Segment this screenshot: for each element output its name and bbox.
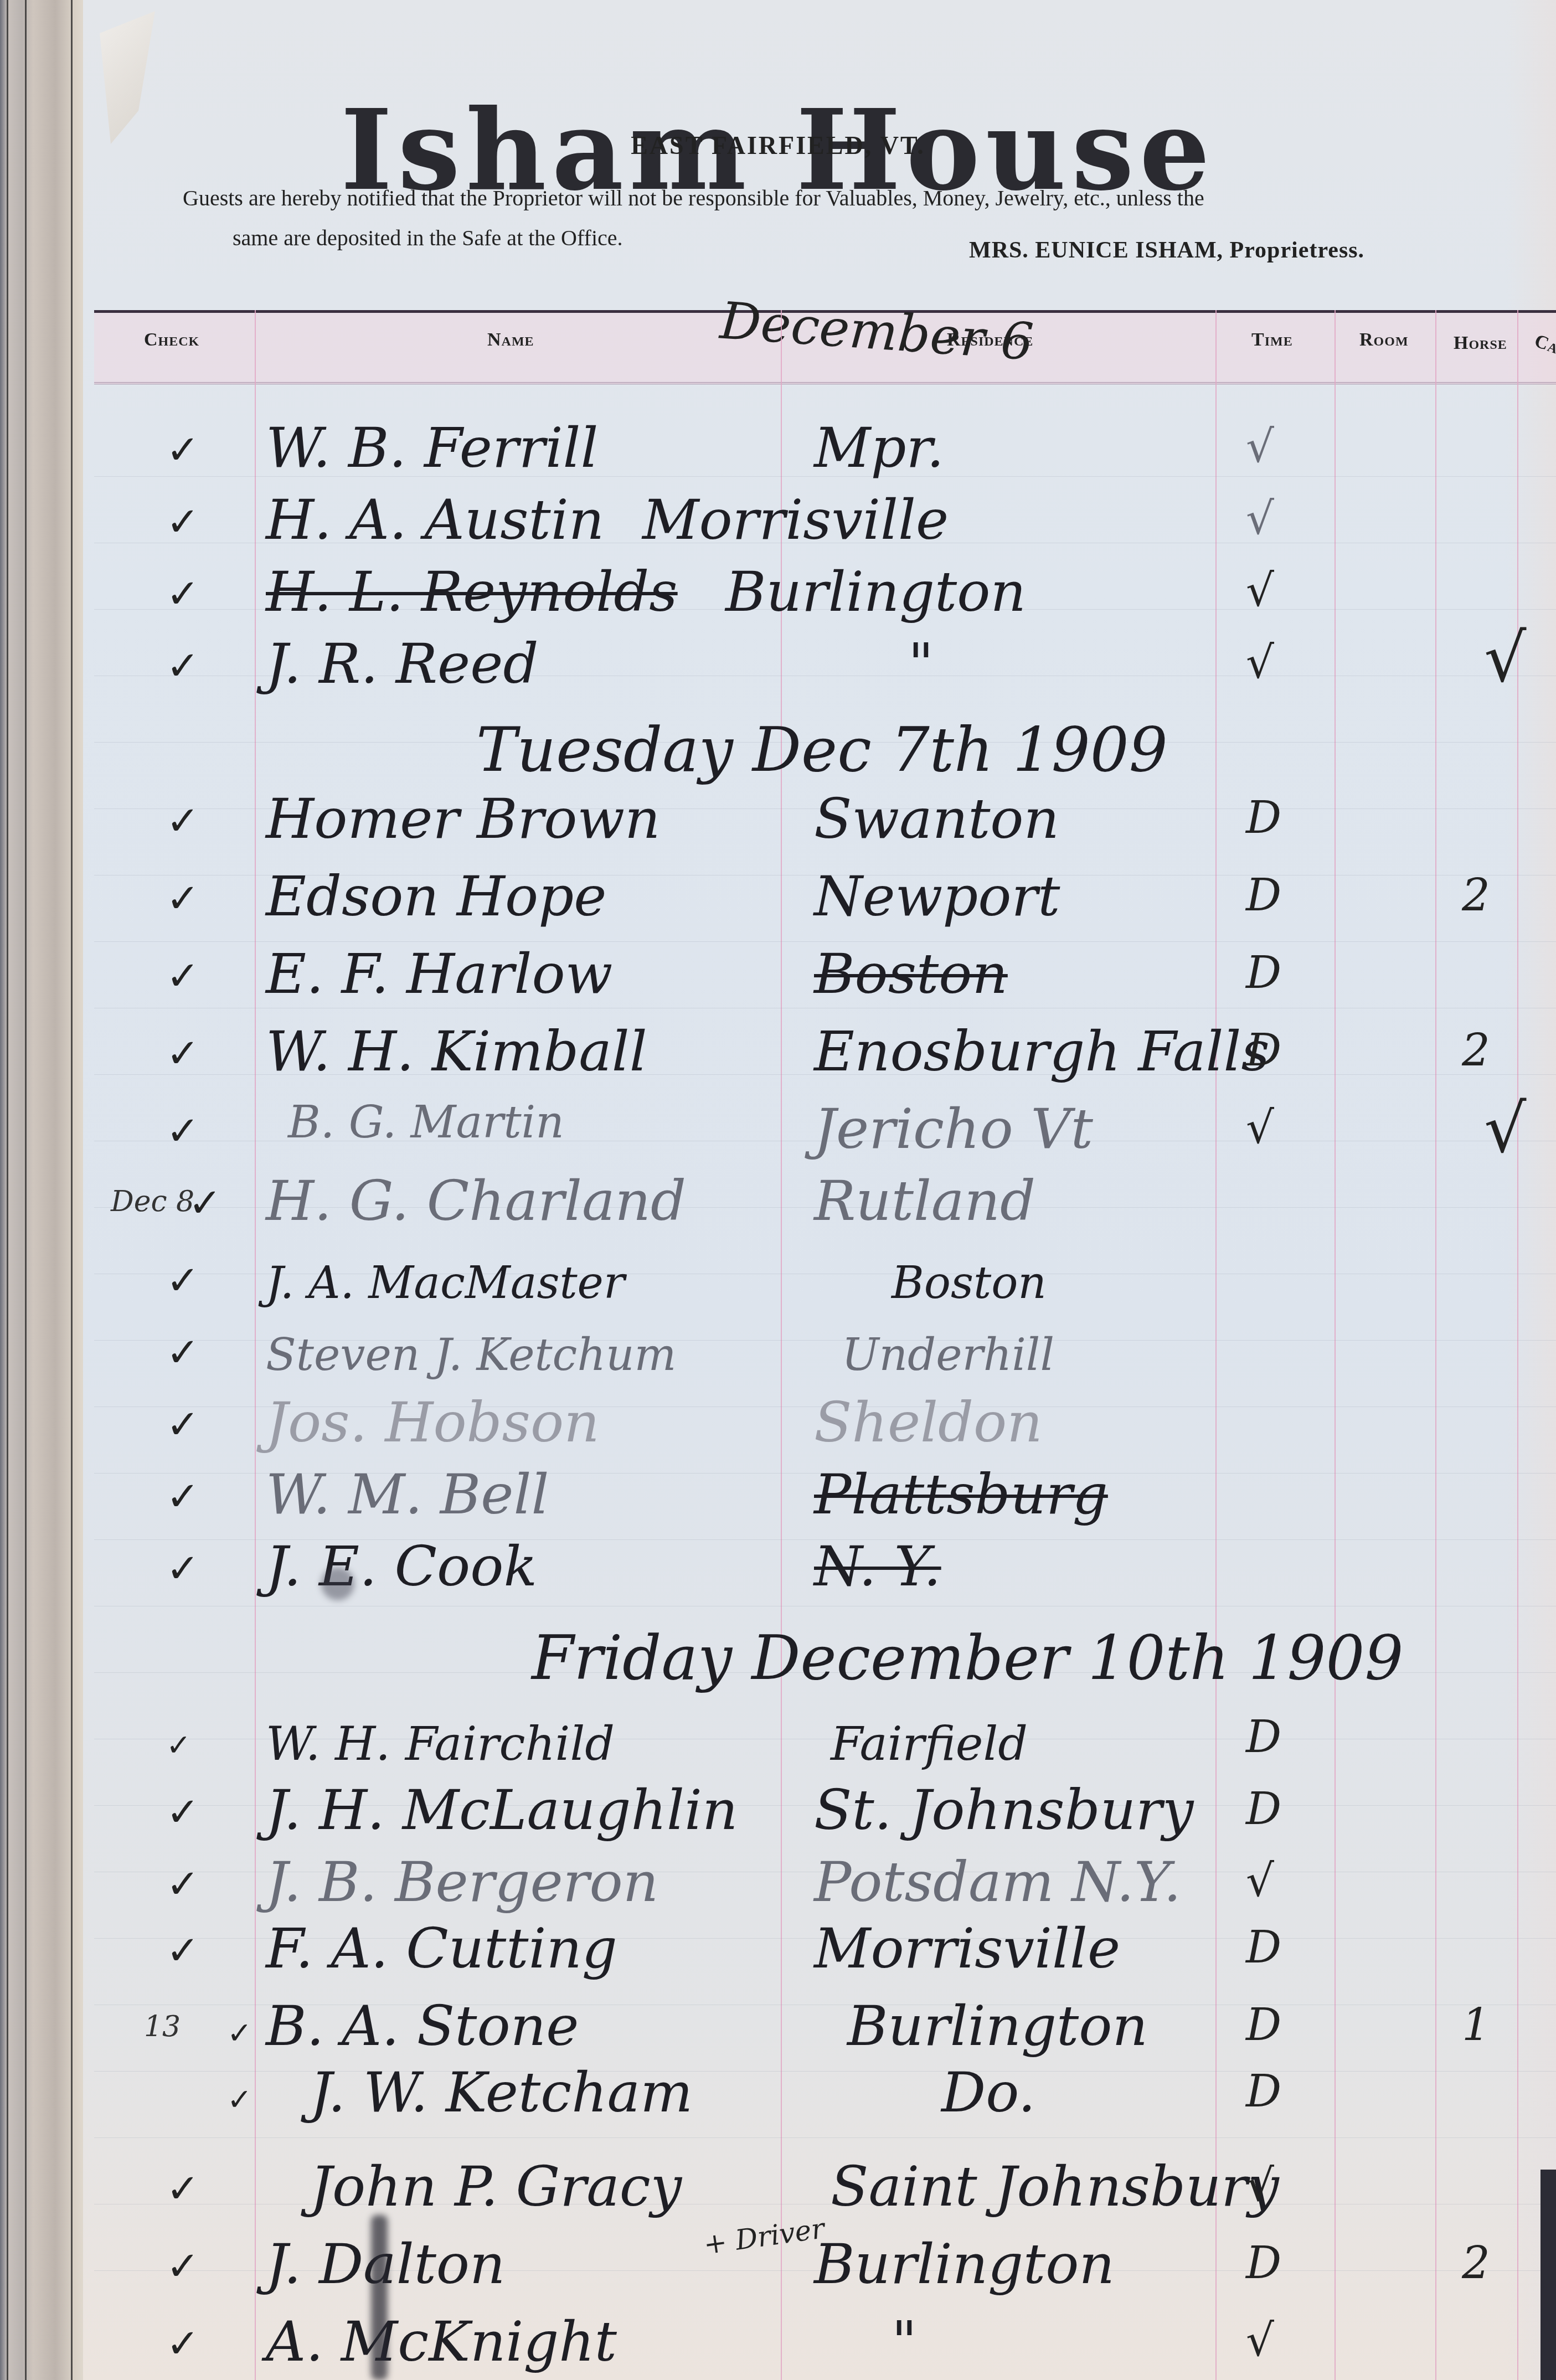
guest-residence: N. Y. <box>814 1534 941 1599</box>
check-mark: ✓ <box>188 1179 221 1226</box>
register-entry: ✓ W. H. Kimball Enosburgh Falls D 2 <box>0 1019 1556 1085</box>
check-mark: ✓ <box>227 2082 252 2117</box>
check-mark: ✓ <box>166 426 199 473</box>
register-entry: ✓ H. A. Austin Morrisville √ <box>0 487 1556 554</box>
register-entry: ✓ J. W. Ketcham Do. D <box>0 2060 1556 2126</box>
guest-name: W. M. Bell <box>266 1462 549 1527</box>
register-entry: ✓ Steven J. Ketchum Underhill <box>0 1318 1556 1384</box>
guest-residence: Morrisville <box>814 1916 1120 1981</box>
col-residence: Residence <box>947 329 1033 351</box>
check-mark: ✓ <box>166 1473 199 1519</box>
proprietress: MRS. EUNICE ISHAM, Proprietress. <box>969 237 1364 264</box>
check-mark: ✓ <box>166 1728 191 1763</box>
time-mark: D <box>1246 1711 1281 1763</box>
guest-residence: Boston <box>814 941 1008 1006</box>
guest-residence: Mpr. <box>814 415 944 480</box>
guest-residence: St. Johnsbury <box>814 1778 1193 1842</box>
check-mark: ✓ <box>166 1329 199 1376</box>
register-entry: ✓ Homer Brown Swanton D <box>0 786 1556 853</box>
guest-name: John P. Gracy <box>310 2154 682 2219</box>
day-heading: Friday December 10th 1909 <box>532 1622 1403 1693</box>
check-mark: ✓ <box>166 498 199 545</box>
col-call: Call <box>1532 331 1556 365</box>
guest-residence: Swanton <box>814 786 1059 851</box>
time-mark: D <box>1246 2237 1281 2289</box>
guest-name: H. A. Austin <box>266 487 604 552</box>
register-entry: ✓ John P. Gracy Saint Johnsbury √ <box>0 2154 1556 2221</box>
register-entry: ✓ E. F. Harlow Boston D <box>0 941 1556 1008</box>
check-mark: ✓ <box>166 1861 199 1907</box>
time-mark: √ <box>1246 2315 1274 2366</box>
register-entry: ✓ Edson Hope Newport D 2 <box>0 864 1556 930</box>
guest-name: Edson Hope <box>266 864 606 929</box>
time-mark: √ <box>1246 565 1274 616</box>
register-entry: ✓ W. M. Bell Plattsburg <box>0 1462 1556 1528</box>
check-mark: ✓ <box>166 875 199 921</box>
time-mark: √ <box>1246 493 1274 544</box>
guest-name: A. McKnight <box>266 2309 617 2374</box>
guest-residence: Burlington <box>847 1993 1148 2058</box>
call-mark: √ <box>1484 1091 1526 1168</box>
guest-residence: Rutland <box>814 1168 1035 1233</box>
guest-name: J. W. Ketcham <box>310 2060 693 2125</box>
register-entry: ✓ J. A. MacMaster Boston <box>0 1246 1556 1312</box>
check-mark: ✓ <box>166 1107 199 1154</box>
col-name: Name <box>487 329 534 351</box>
horse-count: 2 <box>1462 1024 1490 1076</box>
check-mark: ✓ <box>227 2016 252 2051</box>
time-mark: D <box>1246 1024 1281 1076</box>
call-mark: √ <box>1484 620 1526 697</box>
time-mark: D <box>1246 2065 1281 2117</box>
check-mark: ✓ <box>166 1257 199 1304</box>
guest-name: J. E. Cook <box>266 1534 537 1599</box>
check-mark: ✓ <box>166 2243 199 2289</box>
ink-streak <box>371 2215 388 2380</box>
horse-count: 2 <box>1462 2237 1490 2289</box>
margin-date-note: Dec 8 <box>111 1185 194 1218</box>
guest-residence: Burlington <box>725 559 1026 624</box>
guest-name: B. G. Martin <box>288 1096 564 1148</box>
guest-residence: Jericho Vt <box>814 1096 1093 1161</box>
check-mark: ✓ <box>166 952 199 999</box>
background-edge <box>1540 2170 1556 2380</box>
guest-name: Homer Brown <box>266 786 661 851</box>
guest-name: J. R. Reed <box>266 631 538 696</box>
horse-count: 2 <box>1462 869 1490 921</box>
guest-name: Steven J. Ketchum <box>266 1329 676 1380</box>
check-mark: ✓ <box>166 570 199 617</box>
guest-name: H. G. Charland <box>266 1168 686 1233</box>
guest-residence: Potsdam N.Y. <box>814 1850 1181 1914</box>
time-mark: D <box>1246 1921 1281 1973</box>
guest-residence: Burlington <box>814 2232 1115 2296</box>
guest-name: J. B. Bergeron <box>266 1850 658 1914</box>
check-mark: ✓ <box>166 1545 199 1591</box>
day-heading: Tuesday Dec 7th 1909 <box>476 714 1168 785</box>
time-mark: √ <box>1246 637 1274 688</box>
guest-residence: Do. <box>941 2060 1035 2125</box>
time-mark: √ <box>1246 1855 1274 1907</box>
guest-name: W. B. Ferrill <box>266 415 599 480</box>
guest-residence: Enosburgh Falls <box>814 1019 1270 1084</box>
check-mark: ✓ <box>166 1030 199 1076</box>
guest-name: E. F. Harlow <box>266 941 612 1006</box>
register-entry: ✓ J. H. McLaughlin St. Johnsbury D <box>0 1778 1556 1844</box>
register-entry: ✓ J. B. Bergeron Potsdam N.Y. √ <box>0 1850 1556 1916</box>
register-entry: ✓ Jos. Hobson Sheldon <box>0 1390 1556 1456</box>
register-entry: Dec 8 ✓ H. G. Charland Rutland <box>0 1168 1556 1235</box>
guest-residence: Morrisville <box>642 487 949 552</box>
guest-name: B. A. Stone <box>266 1993 579 2058</box>
register-entry: ✓ W. H. Fairchild Fairfield D <box>0 1706 1556 1772</box>
register-entry: ✓ W. B. Ferrill Mpr. √ <box>0 415 1556 482</box>
check-mark: ✓ <box>166 1789 199 1835</box>
col-time: Time <box>1251 329 1293 351</box>
guest-name: J. A. MacMaster <box>266 1257 625 1309</box>
time-mark: D <box>1246 792 1281 843</box>
ink-blot <box>321 1567 354 1600</box>
check-mark: ✓ <box>166 1927 199 1974</box>
guest-name: Jos. Hobson <box>266 1390 600 1455</box>
register-entry: ✓ J. E. Cook N. Y. <box>0 1534 1556 1600</box>
register-entry: ✓ J. Dalton + Driver Burlington D 2 <box>0 2232 1556 2298</box>
check-mark: ✓ <box>166 1401 199 1447</box>
notice-line-1: Guests are hereby notified that the Prop… <box>183 178 1512 218</box>
register-entry: ✓ H. L. Reynolds Burlington √ <box>0 559 1556 626</box>
hotel-location: EAST FAIRFIELD, VT. <box>0 131 1556 160</box>
horse-count: 1 <box>1462 1999 1490 2051</box>
guest-residence: Fairfield <box>831 1717 1028 1771</box>
guest-residence: " <box>908 631 934 696</box>
guest-residence: Boston <box>892 1257 1047 1309</box>
check-mark: ✓ <box>166 797 199 844</box>
col-room: Room <box>1359 329 1409 351</box>
column-header-row: Check Name December 6 Residence Time Roo… <box>94 310 1556 384</box>
margin-number-note: 13 <box>144 2010 181 2043</box>
time-mark: √ <box>1246 421 1274 472</box>
col-horse: Horse <box>1454 333 1507 354</box>
register-entry: ✓ B. G. Martin Jericho Vt √ √ <box>0 1096 1556 1163</box>
check-mark: ✓ <box>166 2165 199 2212</box>
check-mark: ✓ <box>166 2320 199 2367</box>
guest-name: J. H. McLaughlin <box>266 1778 738 1842</box>
guest-residence: Plattsburg <box>814 1462 1108 1527</box>
register-entry: ✓ F. A. Cutting Morrisville D <box>0 1916 1556 1982</box>
guest-name: W. H. Fairchild <box>266 1717 615 1771</box>
guest-residence: " <box>892 2309 917 2374</box>
register-entry: ✓ J. R. Reed " √ √ <box>0 631 1556 698</box>
register-entry: ✓ A. McKnight " √ <box>0 2309 1556 2376</box>
guest-residence: Sheldon <box>814 1390 1043 1455</box>
col-check: Check <box>144 329 199 351</box>
time-mark: D <box>1246 1783 1281 1835</box>
register-entry: 13 ✓ B. A. Stone Burlington D 1 <box>0 1993 1556 2060</box>
guest-residence: Underhill <box>842 1329 1054 1380</box>
guest-residence: Saint Johnsbury <box>831 2154 1279 2219</box>
guest-name: H. L. Reynolds <box>266 559 678 624</box>
time-mark: D <box>1246 947 1281 998</box>
guest-name: F. A. Cutting <box>266 1916 617 1981</box>
check-mark: ✓ <box>166 642 199 689</box>
time-mark: √ <box>1246 1102 1274 1153</box>
guest-residence: Newport <box>814 864 1060 929</box>
guest-name: W. H. Kimball <box>266 1019 647 1084</box>
time-mark: D <box>1246 1999 1281 2051</box>
time-mark: √ <box>1246 2160 1274 2211</box>
time-mark: D <box>1246 869 1281 921</box>
